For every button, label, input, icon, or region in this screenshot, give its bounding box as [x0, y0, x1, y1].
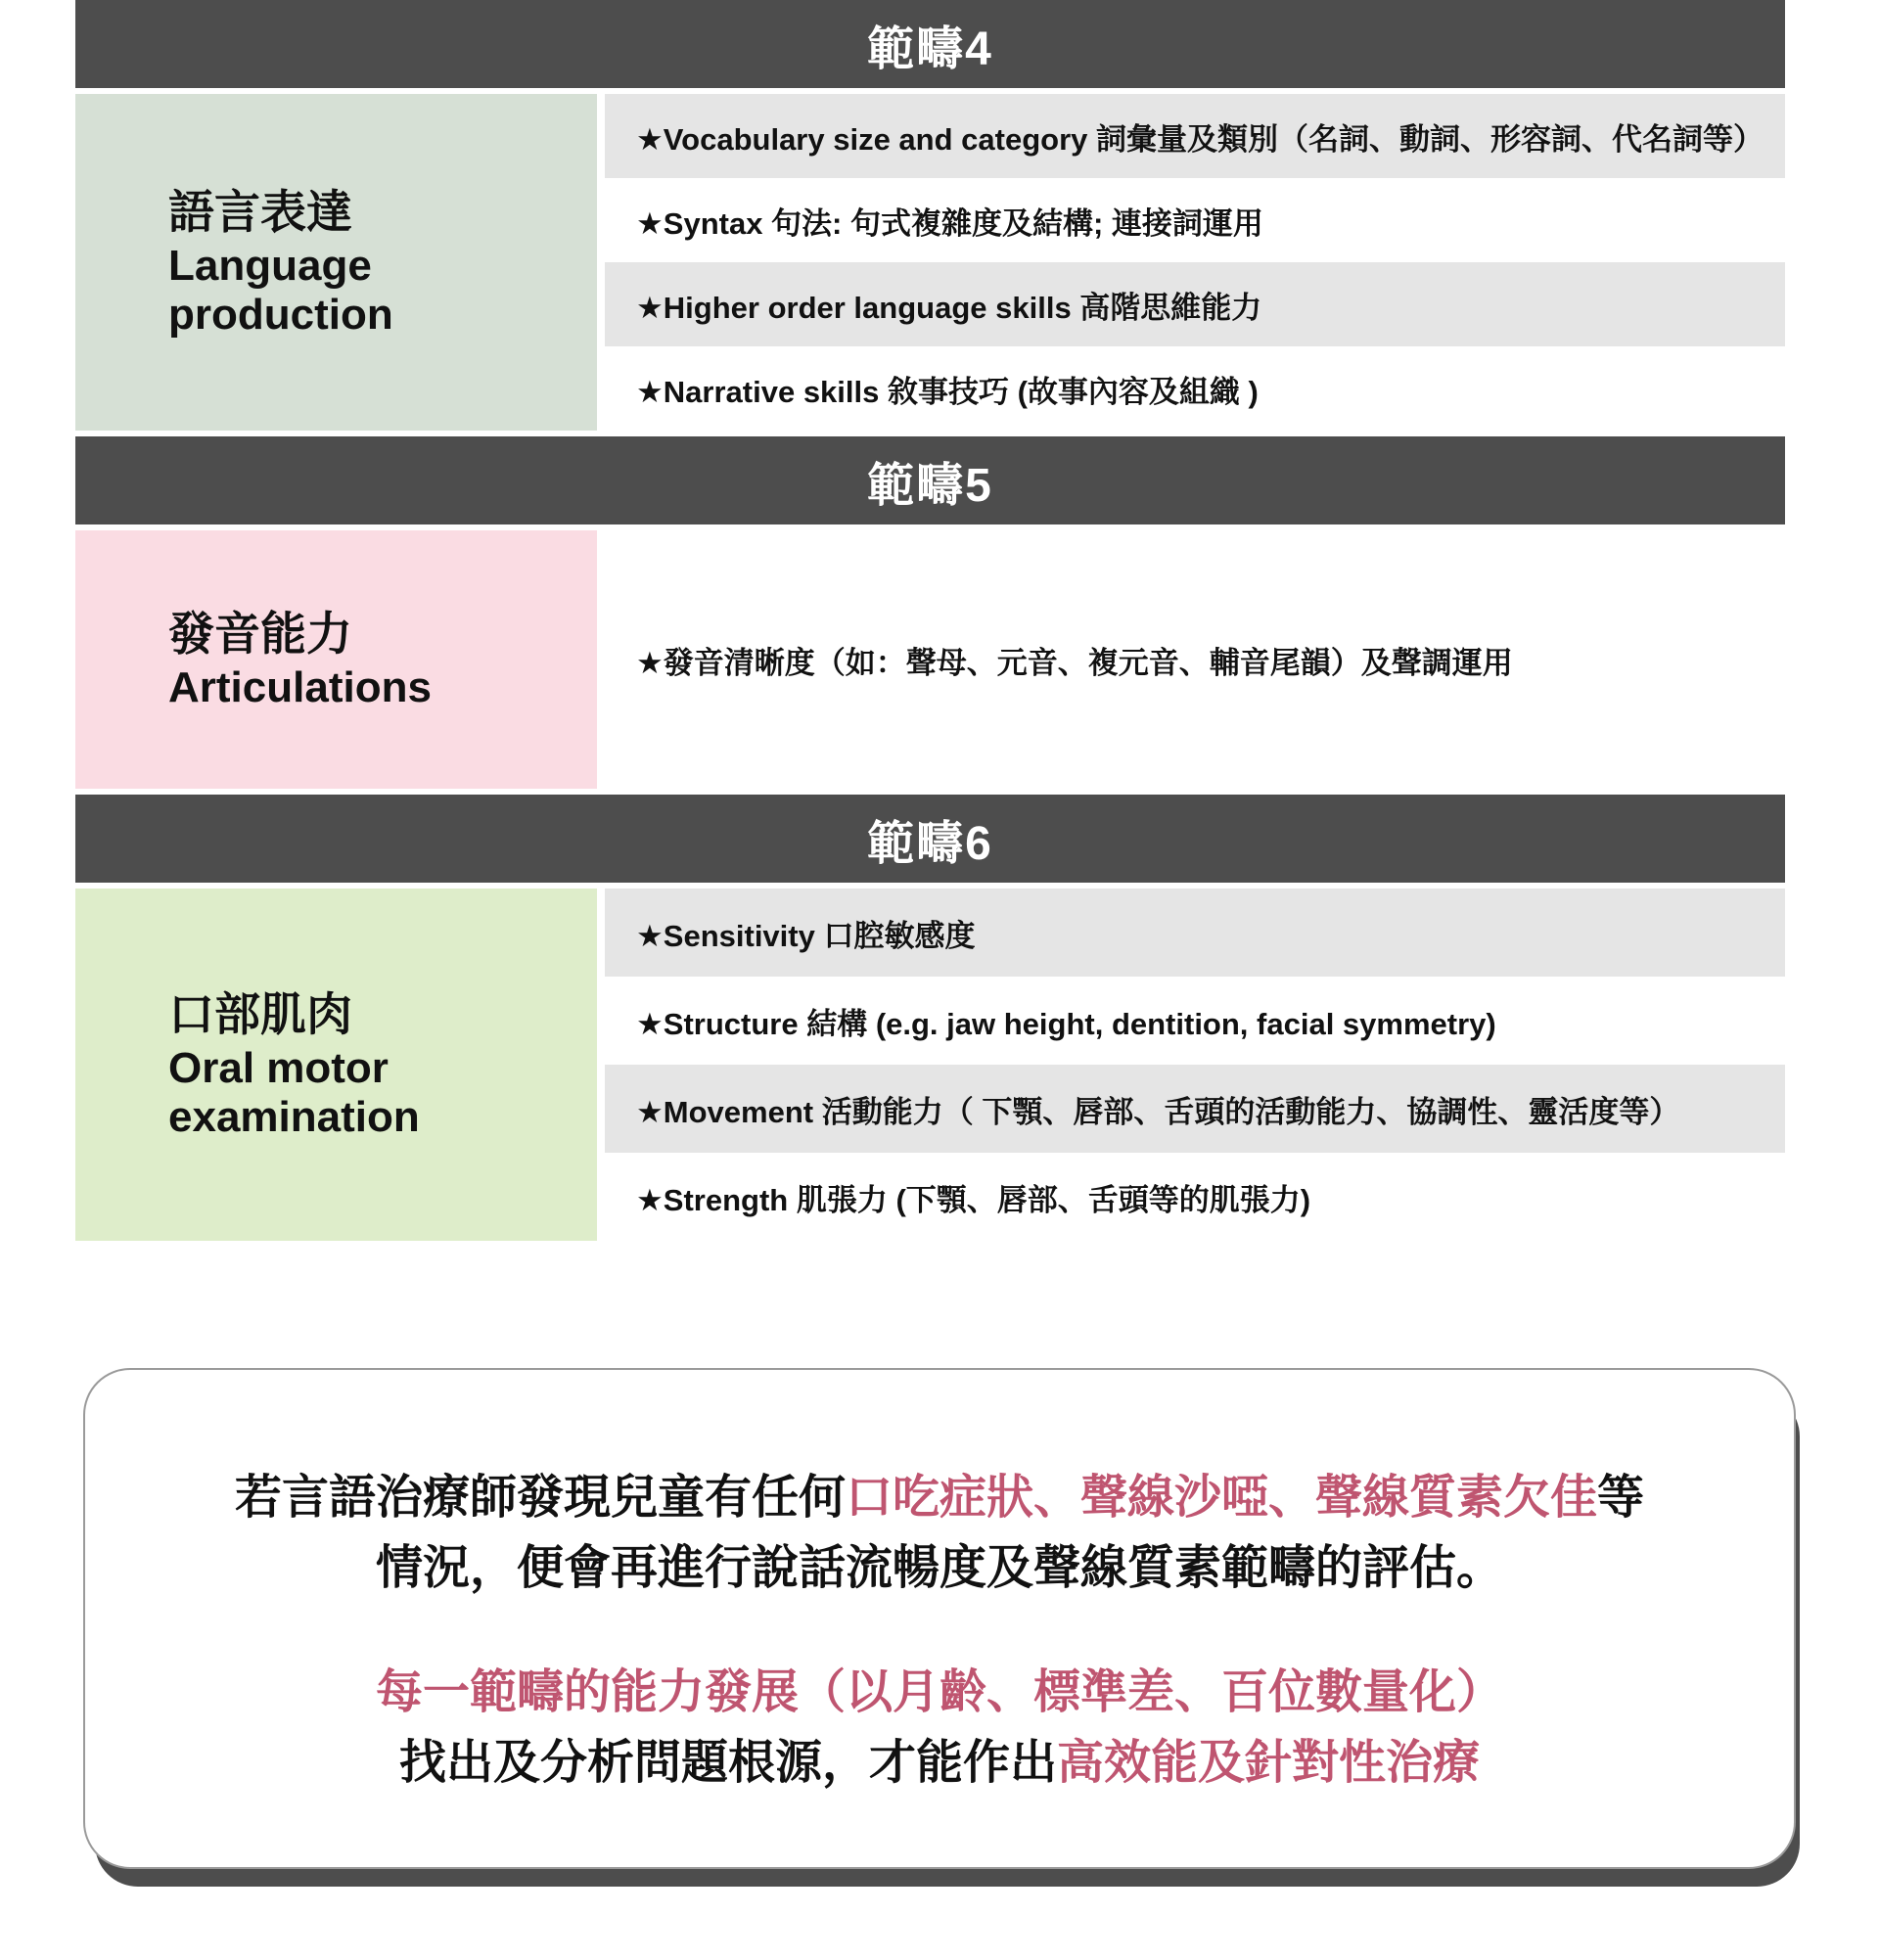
- table-row: ★Higher order language skills 高階思維能力: [605, 262, 1785, 346]
- note-box: 若言語治療師發現兒童有任何口吃症狀、聲線沙啞、聲線質素欠佳等 情況，便會再進行說…: [83, 1368, 1796, 1869]
- section-4-items: ★Vocabulary size and category 詞彙量及類別（名詞、…: [605, 94, 1785, 431]
- note-p1-accent: 口吃症狀、聲線沙啞、聲線質素欠佳: [846, 1472, 1597, 1524]
- item-label: ★Movement 活動能力（ 下顎、唇部、舌頭的活動能力、協調性、靈活度等）: [636, 1087, 1679, 1131]
- note-p2-accent-2: 高效能及針對性治療: [1057, 1737, 1480, 1789]
- category-name-en: Language production: [168, 242, 579, 341]
- section-4-header-bar: 範疇4: [75, 0, 1785, 88]
- note-p1-line-2: 情況，便會再進行說話流暢度及聲線質素範疇的評估。: [376, 1542, 1503, 1594]
- item-label: ★Higher order language skills 高階思維能力: [636, 283, 1261, 327]
- item-label: ★發音清晰度（如：聲母、元音、複元音、輔音尾韻）及聲調運用: [636, 638, 1513, 682]
- table-row: ★Syntax 句法: 句式複雜度及結構; 連接詞運用: [605, 178, 1785, 262]
- note-p2-accent-line: 每一範疇的能力發展（以月齡、標準差、百位數量化）: [376, 1666, 1503, 1718]
- category-name-en: Articulations: [168, 663, 579, 713]
- table-row: ★Movement 活動能力（ 下顎、唇部、舌頭的活動能力、協調性、靈活度等）: [605, 1065, 1785, 1153]
- category-name-zh: 語言表達: [168, 184, 597, 242]
- item-label: ★Sensitivity 口腔敏感度: [636, 911, 975, 955]
- note-paragraph-2: 每一範疇的能力發展（以月齡、標準差、百位數量化） 找出及分析問題根源，才能作出高…: [124, 1658, 1755, 1799]
- section-6-title: 範疇6: [867, 805, 993, 873]
- category-name-en: Oral motor examination: [168, 1044, 579, 1143]
- item-label: ★Structure 結構 (e.g. jaw height, dentitio…: [636, 999, 1496, 1043]
- category-cell-language-production: 語言表達 Language production: [75, 94, 597, 431]
- table-row: ★Vocabulary size and category 詞彙量及類別（名詞、…: [605, 94, 1785, 178]
- category-name-zh: 發音能力: [168, 606, 597, 663]
- item-label: ★Strength 肌張力 (下顎、唇部、舌頭等的肌張力): [636, 1175, 1310, 1219]
- item-label: ★Vocabulary size and category 詞彙量及類別（名詞、…: [636, 114, 1764, 159]
- section-5-header-bar: 範疇5: [75, 436, 1785, 524]
- assessment-table: 範疇4 語言表達 Language production ★Vocabulary…: [75, 0, 1785, 1869]
- note-p1-black-2: 等: [1597, 1472, 1644, 1524]
- section-5-title: 範疇5: [867, 447, 993, 515]
- category-cell-oral-motor: 口部肌肉 Oral motor examination: [75, 889, 597, 1241]
- section-4-body: 語言表達 Language production ★Vocabulary siz…: [75, 94, 1785, 431]
- section-5-body: 發音能力 Articulations ★發音清晰度（如：聲母、元音、複元音、輔音…: [75, 530, 1785, 789]
- item-label: ★Syntax 句法: 句式複雜度及結構; 連接詞運用: [636, 199, 1263, 243]
- item-label: ★Narrative skills 敘事技巧 (故事內容及組織 ): [636, 367, 1259, 411]
- category-cell-articulations: 發音能力 Articulations: [75, 530, 597, 789]
- table-row: ★Structure 結構 (e.g. jaw height, dentitio…: [605, 977, 1785, 1065]
- note-paragraph-1: 若言語治療師發現兒童有任何口吃症狀、聲線沙啞、聲線質素欠佳等 情況，便會再進行說…: [124, 1463, 1755, 1604]
- section-6-header-bar: 範疇6: [75, 795, 1785, 883]
- table-row: ★Narrative skills 敘事技巧 (故事內容及組織 ): [605, 346, 1785, 431]
- section-category-4: 範疇4 語言表達 Language production ★Vocabulary…: [75, 0, 1785, 431]
- note-p1-black-1: 若言語治療師發現兒童有任何: [235, 1472, 846, 1524]
- section-4-title: 範疇4: [867, 11, 993, 78]
- category-name-zh: 口部肌肉: [168, 986, 597, 1044]
- section-category-6: 範疇6 口部肌肉 Oral motor examination ★Sensiti…: [75, 795, 1785, 1241]
- table-row: ★Strength 肌張力 (下顎、唇部、舌頭等的肌張力): [605, 1153, 1785, 1241]
- table-row: ★發音清晰度（如：聲母、元音、複元音、輔音尾韻）及聲調運用: [605, 530, 1785, 789]
- section-5-items: ★發音清晰度（如：聲母、元音、複元音、輔音尾韻）及聲調運用: [605, 530, 1785, 789]
- section-6-items: ★Sensitivity 口腔敏感度 ★Structure 結構 (e.g. j…: [605, 889, 1785, 1241]
- table-row: ★Sensitivity 口腔敏感度: [605, 889, 1785, 977]
- section-category-5: 範疇5 發音能力 Articulations ★發音清晰度（如：聲母、元音、複元…: [75, 436, 1785, 789]
- section-6-body: 口部肌肉 Oral motor examination ★Sensitivity…: [75, 889, 1785, 1241]
- note-p2-black: 找出及分析問題根源，才能作出: [399, 1737, 1057, 1789]
